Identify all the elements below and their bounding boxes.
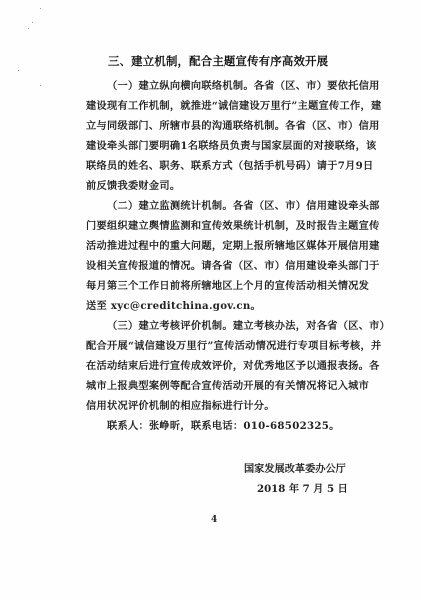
paragraph-3-line-4: 城市上报典型案例等配合宣传活动开展的有关情况将记入城市 [86, 379, 352, 393]
signing-date: 2018 年 7 月 5 日 [257, 480, 348, 495]
paragraph-1-line-2: 建设现有工作机制，就推进“诚信建设万里行”主题宣传工作，建 [86, 99, 352, 113]
paragraph-3-line-1: （三）建立考核评价机制。建立考核办法，对各省（区、市） [107, 319, 352, 333]
paragraph-2-line-4: 设相关宣传报道的情况。请各省（区、市）信用建设牵头部门于 [86, 259, 352, 273]
section-heading: 三、建立机制，配合主题宣传有序高效开展 [108, 53, 308, 69]
paragraph-2-line-2: 门要组织建立舆情监测和宣传效果统计机制，及时报告主题宣传 [86, 219, 352, 233]
paragraph-1-line-1: （一）建立纵向横向联络机制。各省（区、市）要依托信用 [107, 79, 352, 93]
scan-speck [32, 22, 33, 23]
scan-speck [40, 8, 41, 9]
scan-speck [18, 70, 19, 71]
paragraph-1-line-4: 建设牵头部门要明确1名联络员负责与国家层面的对接联络，该 [86, 139, 352, 153]
page-number: 4 [211, 515, 217, 525]
signing-organization: 国家发展改革委办公厅 [244, 460, 346, 475]
paragraph-2-line-1: （二）建立监测统计机制。各省（区、市）信用建设牵头部 [107, 199, 352, 213]
paragraph-1-line-6: 前反馈我委财金司。 [86, 179, 352, 193]
paragraph-2-line-6: 送至 xyc@creditchina.gov.cn。 [86, 299, 352, 313]
paragraph-2-line-5: 每月第三个工作日前将所辖地区上个月的宣传活动相关情况发 [86, 279, 352, 293]
paragraph-3-line-5: 信用状况评价机制的相应指标进行计分。 [86, 399, 352, 413]
scan-speck [40, 85, 41, 86]
scan-speck [28, 28, 29, 29]
paragraph-3-line-3: 在活动结束后进行宣传成效评价，对优秀地区予以通报表扬。各 [86, 359, 352, 373]
paragraph-1-line-5: 联络员的姓名、职务、联系方式（包括手机号码）请于7月9日 [86, 159, 352, 173]
document-page: 三、建立机制，配合主题宣传有序高效开展 （一）建立纵向横向联络机制。各省（区、市… [0, 0, 421, 600]
paragraph-1-line-3: 立与同级部门、所辖市县的沟通联络机制。各省（区、市）信用 [86, 119, 352, 133]
contact-line: 联系人：张峥昕，联系电话：010-68502325。 [107, 419, 352, 433]
paragraph-2-line-3: 活动推进过程中的重大问题，定期上报所辖地区媒体开展信用建 [86, 239, 352, 253]
paragraph-3-line-2: 配合开展“诚信建设万里行”宣传活动情况进行专项目标考核，并 [86, 339, 352, 353]
